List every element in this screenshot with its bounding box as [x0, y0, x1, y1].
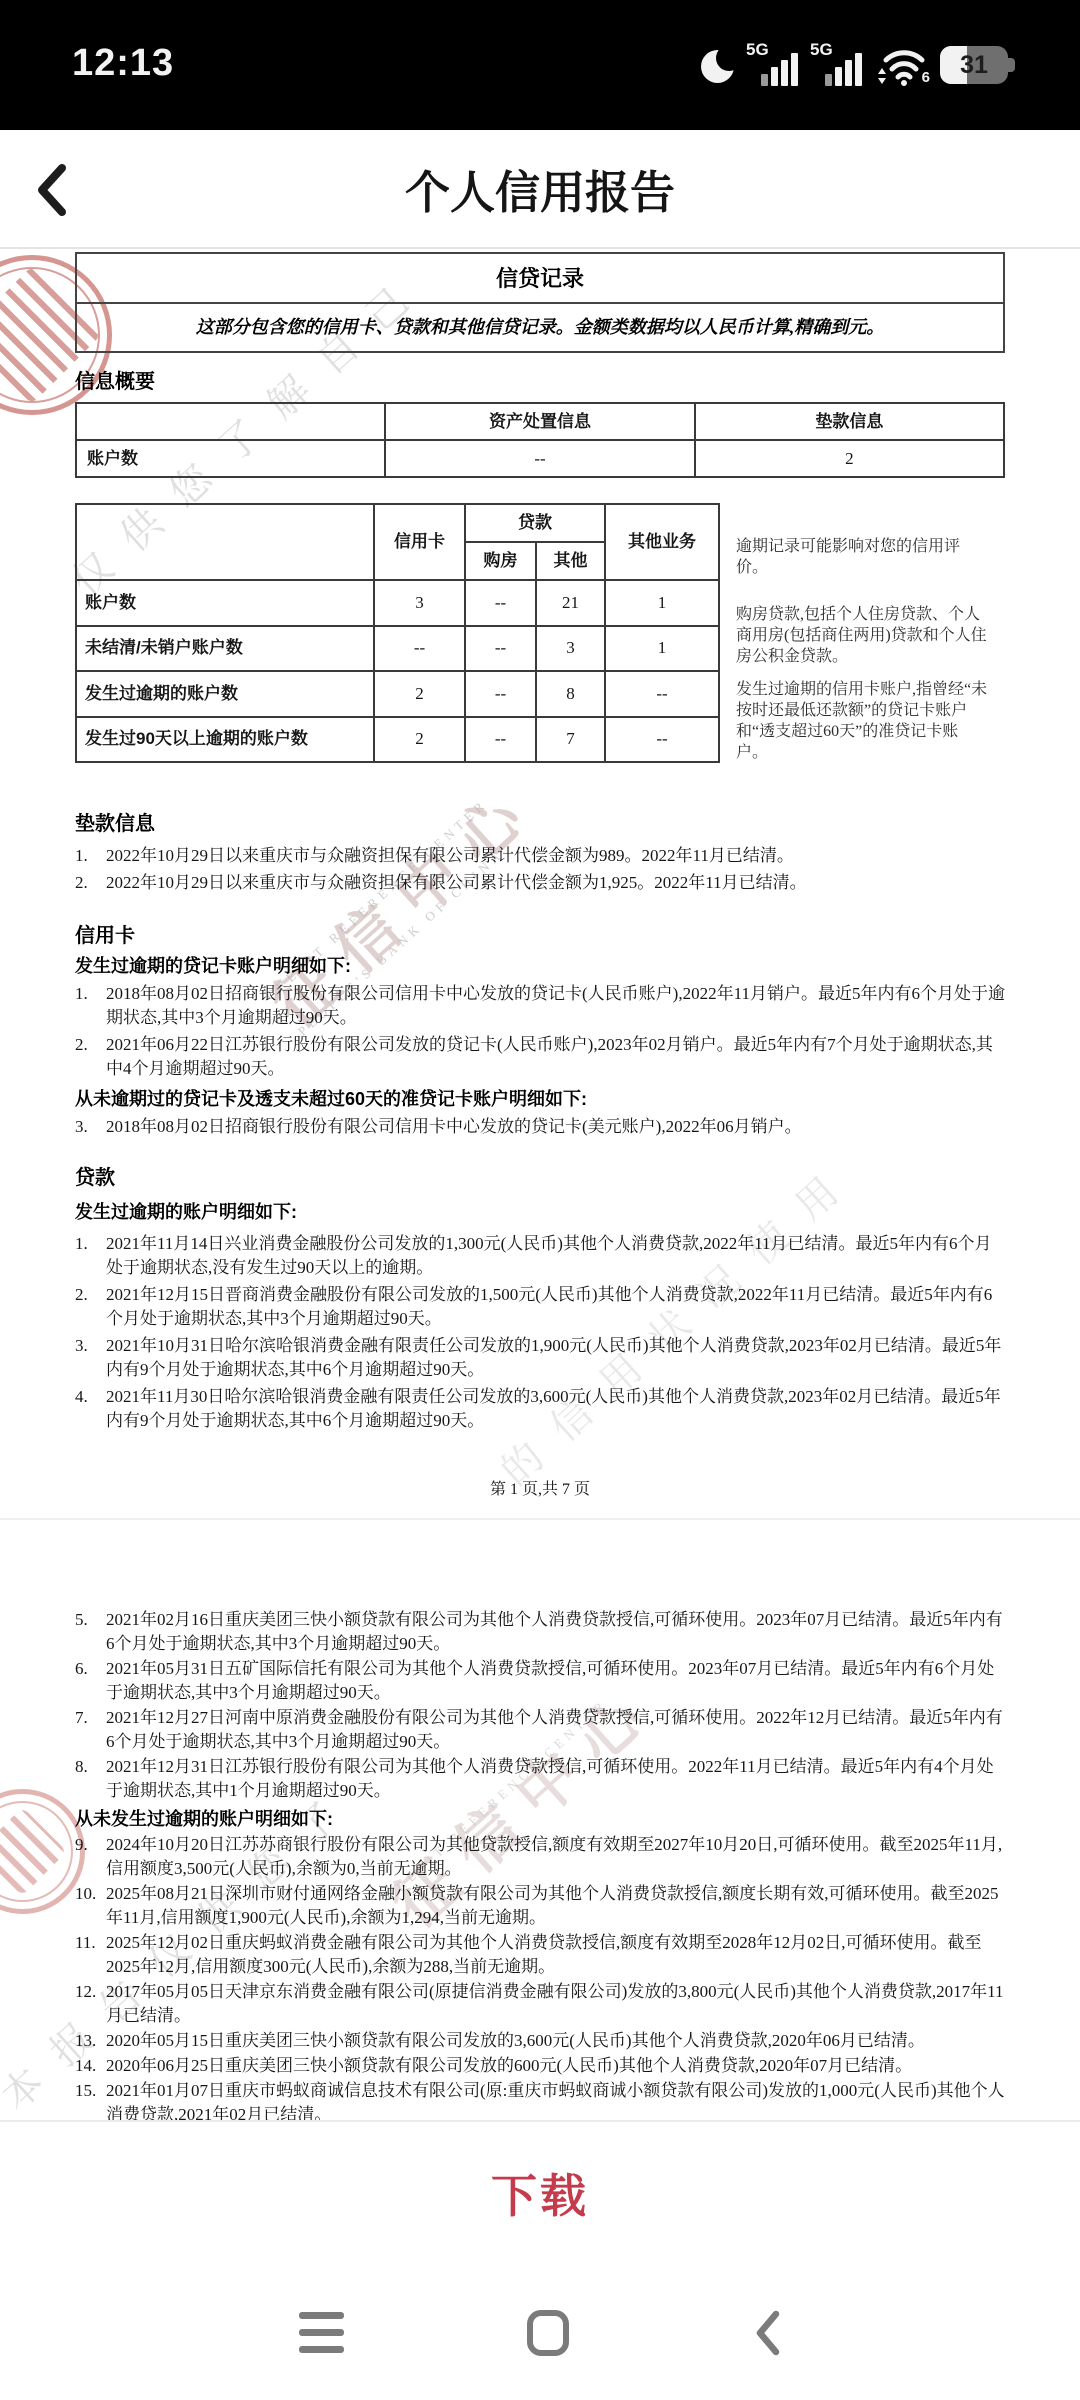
side-notes: 逾期记录可能影响对您的信用评价。 购房贷款,包括个人住房贷款、个人商用房(包括商…: [736, 503, 988, 763]
list-item: 15.2021年01月07日重庆市蚂蚁商诚信息技术有限公司(原:重庆市蚂蚁商诚小…: [75, 2079, 1005, 2120]
download-button[interactable]: 下载: [0, 2160, 1080, 2226]
list-item: 7.2021年12月27日河南中原消费金融股份有限公司为其他个人消费贷款授信,可…: [75, 1706, 1005, 1754]
advance-list: 1.2022年10月29日以来重庆市与众融资担保有限公司累计代偿金额为989。2…: [75, 844, 1005, 895]
note: 购房贷款,包括个人住房贷款、个人商用房(包括商住两用)贷款和个人住房公积金贷款。: [736, 604, 988, 667]
col-header-other-biz: 其他业务: [605, 504, 719, 580]
summary-table-1: 资产处置信息 垫款信息 账户数 -- 2: [75, 402, 1005, 478]
battery-icon: 31: [940, 46, 1008, 84]
subheading-loan-clean: 从未发生过逾期的账户明细如下:: [75, 1807, 1005, 1831]
signal-sim2-icon: 5G: [810, 40, 862, 86]
list-item: 1.2018年08月02日招商银行股份有限公司信用卡中心发放的贷记卡(人民币账户…: [75, 982, 1005, 1030]
section-title: 信贷记录: [77, 254, 1003, 304]
cc-overdue-list: 1.2018年08月02日招商银行股份有限公司信用卡中心发放的贷记卡(人民币账户…: [75, 982, 1005, 1081]
list-item: 1.2022年10月29日以来重庆市与众融资担保有限公司累计代偿金额为989。2…: [75, 844, 1005, 868]
list-item: 6.2021年05月31日五矿国际信托有限公司为其他个人消费贷款授信,可循环使用…: [75, 1657, 1005, 1705]
col-header: 垫款信息: [695, 403, 1004, 440]
page-footer: 第 1 页,共 7 页: [75, 1478, 1005, 1502]
col-header: 资产处置信息: [385, 403, 694, 440]
heading-credit-card: 信用卡: [75, 925, 1005, 948]
list-item: 3.2021年10月31日哈尔滨哈银消费金融有限责任公司发放的1,900元(人民…: [75, 1334, 1005, 1382]
list-item: 2.2022年10月29日以来重庆市与众融资担保有限公司累计代偿金额为1,925…: [75, 871, 1005, 895]
wifi-band-label: 6: [922, 69, 930, 86]
credit-center-seal-icon: [0, 1789, 85, 1914]
credit-record-box: 信贷记录 这部分包含您的信用卡、贷款和其他信贷记录。金额类数据均以人民币计算,精…: [75, 252, 1005, 353]
subheading-cc-overdue: 发生过逾期的贷记卡账户明细如下:: [75, 954, 1005, 978]
col-header-loan: 贷款: [465, 504, 605, 542]
subheading-cc-clean: 从未逾期过的贷记卡及透支未超过60天的准贷记卡账户明细如下:: [75, 1087, 1005, 1111]
nav-back-icon[interactable]: [752, 2310, 782, 2356]
list-item: 2.2021年12月15日晋商消费金融股份有限公司发放的1,500元(人民币)其…: [75, 1283, 1005, 1331]
cell-advance: 2: [695, 440, 1004, 477]
table-row: 账户数 -- 2: [76, 440, 1004, 477]
note: 发生过逾期的信用卡账户,指曾经“未按时还最低还款额”的贷记卡账户和“透支超过60…: [736, 679, 988, 763]
table-row: 账户数 3 -- 21 1: [76, 580, 719, 626]
subheading-loan-overdue: 发生过逾期的账户明细如下:: [75, 1200, 1005, 1224]
download-bar: 下载: [0, 2120, 1080, 2265]
page-break: [0, 1518, 1080, 1520]
summary-table-2: 信用卡 贷款 其他业务 购房 其他 账户数 3 --: [75, 503, 720, 763]
table-row: 未结清/未销户账户数 -- -- 3 1: [76, 626, 719, 672]
android-nav-bar: [0, 2265, 1080, 2400]
list-item: 4.2021年11月30日哈尔滨哈银消费金融有限责任公司发放的3,600元(人民…: [75, 1385, 1005, 1433]
col-header-house: 购房: [465, 542, 536, 580]
col-header-credit-card: 信用卡: [374, 504, 465, 580]
app-header: 个人信用报告: [0, 130, 1080, 249]
list-item: 12.2017年05月05日天津京东消费金融有限公司(原捷信消费金融有限公司)发…: [75, 1980, 1005, 2028]
list-item: 11.2025年12月02日重庆蚂蚁消费金融有限公司为其他个人消费贷款授信,额度…: [75, 1931, 1005, 1979]
cell-asset: --: [385, 440, 694, 477]
list-item: 8.2021年12月31日江苏银行股份有限公司为其他个人消费贷款授信,可循环使用…: [75, 1755, 1005, 1803]
list-item: 13.2020年05月15日重庆美团三快小额贷款有限公司发放的3,600元(人民…: [75, 2029, 1005, 2053]
list-item: 3.2018年08月02日招商银行股份有限公司信用卡中心发放的贷记卡(美元账户)…: [75, 1115, 1005, 1139]
heading-advances: 垫款信息: [75, 813, 1005, 836]
signal-sim1-icon: 5G: [746, 40, 798, 86]
list-item: 1.2021年11月14日兴业消费金融股份公司发放的1,300元(人民币)其他个…: [75, 1232, 1005, 1280]
loan-clean-list: 9.2024年10月20日江苏苏商银行股份有限公司为其他贷款授信,额度有效期至2…: [75, 1833, 1005, 2120]
empty-header-cell: [76, 504, 374, 580]
note: 逾期记录可能影响对您的信用评价。: [736, 536, 988, 578]
loan-overdue-list-p1: 1.2021年11月14日兴业消费金融股份公司发放的1,300元(人民币)其他个…: [75, 1232, 1005, 1433]
table-row: 发生过逾期的账户数 2 -- 8 --: [76, 671, 719, 717]
recents-icon[interactable]: [299, 2312, 344, 2353]
status-icons: 5G 5G 6 31: [701, 40, 1008, 86]
list-item: 14.2020年06月25日重庆美团三快小额贷款有限公司发放的600元(人民币)…: [75, 2054, 1005, 2078]
row-label: 账户数: [76, 440, 385, 477]
list-item: 10.2025年08月21日深圳市财付通网络金融小额贷款有限公司为其他个人消费贷…: [75, 1882, 1005, 1930]
cc-clean-list: 3.2018年08月02日招商银行股份有限公司信用卡中心发放的贷记卡(美元账户)…: [75, 1115, 1005, 1139]
home-icon[interactable]: [527, 2310, 569, 2356]
list-item: 5.2021年02月16日重庆美团三快小额贷款有限公司为其他个人消费贷款授信,可…: [75, 1608, 1005, 1656]
report-document[interactable]: 仅供您了解自己 的信用状况使用 本报告仅供您了 CREDIT REFERENCE…: [0, 249, 1080, 2120]
wifi-icon: 6: [874, 44, 928, 86]
loan-overdue-list-p2: 5.2021年02月16日重庆美团三快小额贷款有限公司为其他个人消费贷款授信,可…: [75, 1608, 1005, 1803]
heading-summary: 信息概要: [75, 371, 1005, 394]
heading-loans: 贷款: [75, 1167, 1005, 1190]
col-header-other: 其他: [536, 542, 605, 580]
list-item: 2.2021年06月22日江苏银行股份有限公司发放的贷记卡(人民币账户),202…: [75, 1033, 1005, 1081]
do-not-disturb-moon-icon: [701, 50, 734, 83]
table-row: 发生过90天以上逾期的账户数 2 -- 7 --: [76, 717, 719, 763]
list-item: 9.2024年10月20日江苏苏商银行股份有限公司为其他贷款授信,额度有效期至2…: [75, 1833, 1005, 1881]
status-bar: 12:13 5G 5G 6 31: [0, 0, 1080, 130]
battery-percent: 31: [940, 51, 1008, 80]
clock: 12:13: [72, 42, 174, 85]
page-title: 个人信用报告: [0, 156, 1080, 221]
empty-header-cell: [76, 403, 385, 440]
section-subtitle: 这部分包含您的信用卡、贷款和其他信贷记录。金额类数据均以人民币计算,精确到元。: [77, 304, 1003, 351]
